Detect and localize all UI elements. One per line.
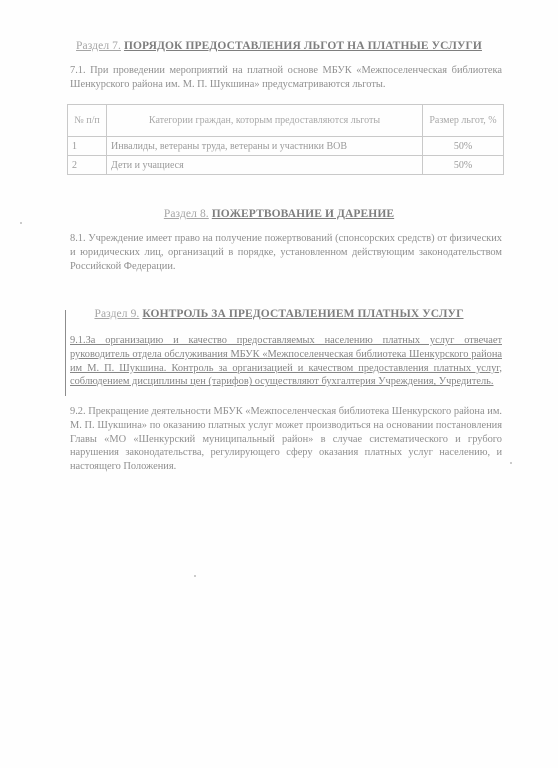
scanned-document-page: Раздел 7. ПОРЯДОК ПРЕДОСТАВЛЕНИЯ ЛЬГОТ Н… [0, 0, 558, 768]
scan-speck [20, 222, 22, 224]
paragraph-9-2: 9.2. Прекращение деятельности МБУК «Межп… [70, 405, 502, 474]
row-number: 2 [68, 156, 107, 175]
table-row: 1 Инвалиды, ветераны труда, ветераны и у… [68, 137, 504, 156]
table-header-row: № п/п Категории граждан, которым предост… [68, 105, 504, 137]
section-8-title: ПОЖЕРТВОВАНИЕ И ДАРЕНИЕ [212, 208, 394, 220]
margin-mark-line [65, 310, 66, 396]
header-size: Размер льгот, % [423, 105, 504, 137]
section-8-prefix: Раздел 8. [164, 208, 209, 220]
paragraph-7-1: 7.1. При проведении мероприятий на платн… [70, 64, 502, 92]
scan-speck [510, 462, 512, 464]
row-size: 50% [423, 156, 504, 175]
row-size: 50% [423, 137, 504, 156]
paragraph-9-1: 9.1.За организацию и качество предоставл… [70, 334, 502, 389]
header-number: № п/п [68, 105, 107, 137]
section-7-title: ПОРЯДОК ПРЕДОСТАВЛЕНИЯ ЛЬГОТ НА ПЛАТНЫЕ … [124, 40, 482, 52]
table-row: 2 Дети и учащиеся 50% [68, 156, 504, 175]
benefits-table: № п/п Категории граждан, которым предост… [67, 104, 504, 175]
paragraph-8-1: 8.1. Учреждение имеет право на получение… [70, 232, 502, 273]
row-number: 1 [68, 137, 107, 156]
section-7-prefix: Раздел 7. [76, 40, 121, 52]
section-8-heading: Раздел 8. ПОЖЕРТВОВАНИЕ И ДАРЕНИЕ [0, 208, 558, 220]
section-9-heading: Раздел 9. КОНТРОЛЬ ЗА ПРЕДОСТАВЛЕНИЕМ ПЛ… [0, 308, 558, 320]
section-9-title: КОНТРОЛЬ ЗА ПРЕДОСТАВЛЕНИЕМ ПЛАТНЫХ УСЛУ… [142, 308, 463, 320]
scan-speck [194, 575, 196, 577]
section-9-prefix: Раздел 9. [94, 308, 139, 320]
section-7-heading: Раздел 7. ПОРЯДОК ПРЕДОСТАВЛЕНИЯ ЛЬГОТ Н… [0, 40, 558, 52]
row-category: Дети и учащиеся [107, 156, 423, 175]
row-category: Инвалиды, ветераны труда, ветераны и уча… [107, 137, 423, 156]
header-category: Категории граждан, которым предоставляют… [107, 105, 423, 137]
